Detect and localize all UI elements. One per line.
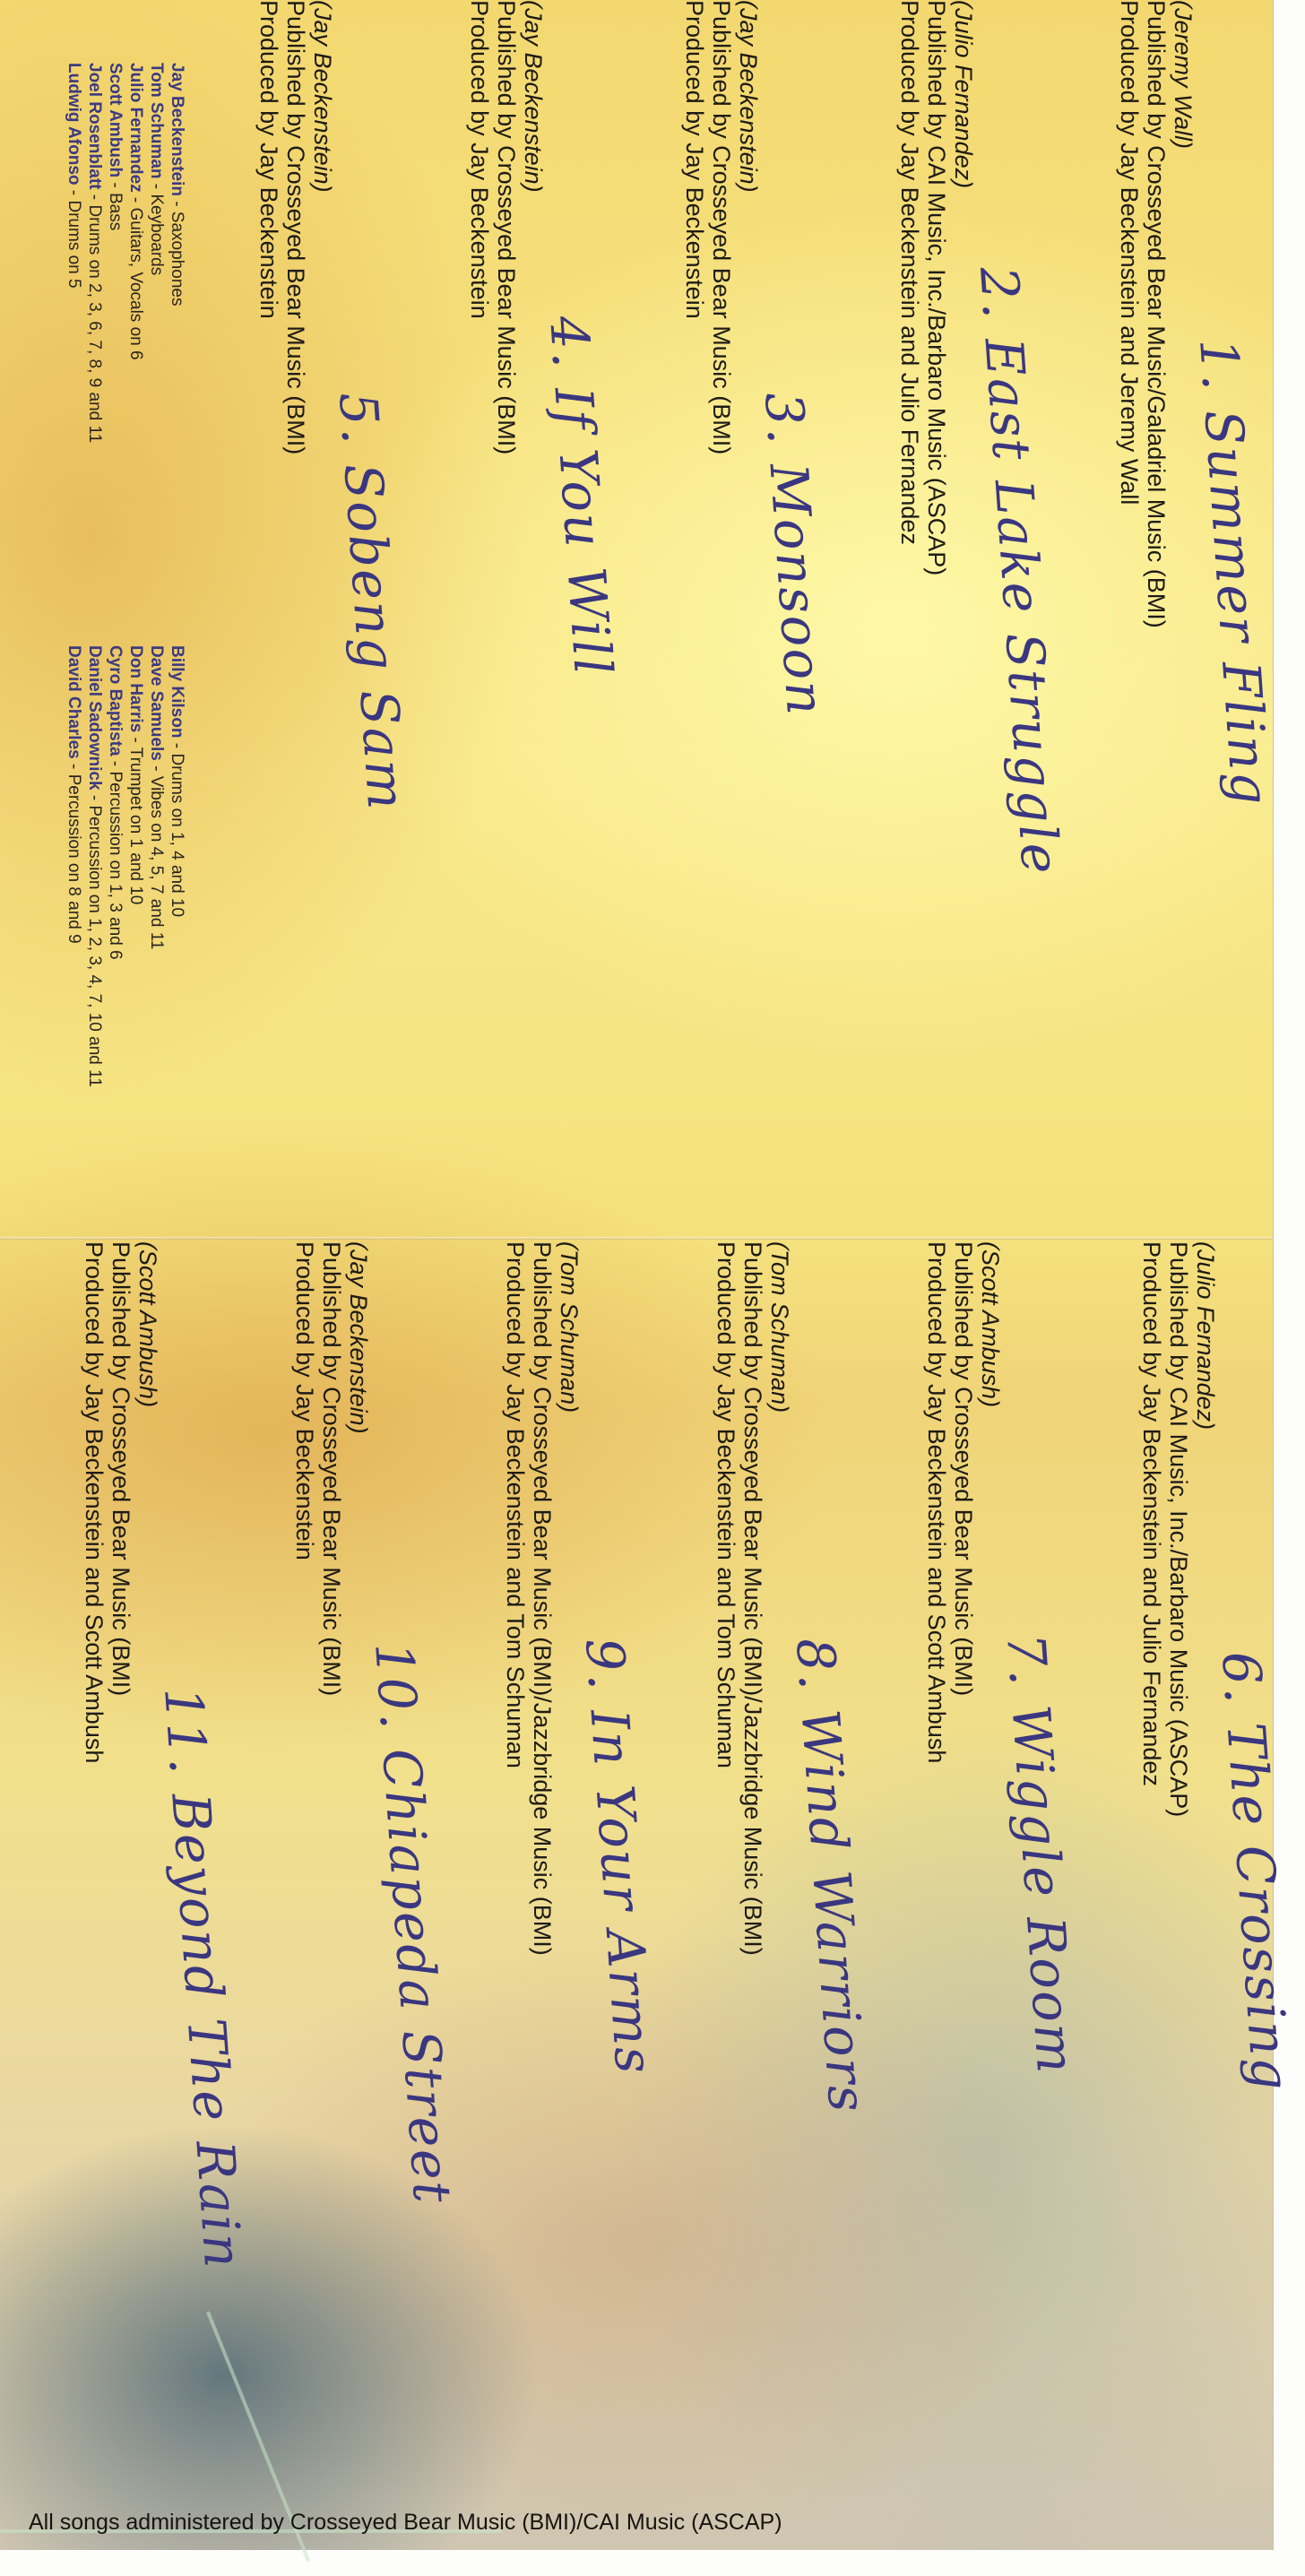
track-publisher: Published by Crosseyed Bear Music (BMI)/…: [529, 1241, 556, 1956]
track-producer: Produced by Jay Beckenstein and Julio Fe…: [896, 0, 923, 545]
track-writer: (Jay Beckenstein): [345, 1241, 372, 1434]
musician-credit: Tom Schuman - Keyboards: [146, 63, 166, 275]
track-writer: (Julio Fernandez): [950, 0, 977, 188]
track-producer: Produced by Jay Beckenstein and Tom Schu…: [713, 1241, 739, 1768]
track-number: 8.: [784, 1636, 849, 1693]
musician-credit: Billy Kilson - Drums on 1, 4 and 10: [167, 645, 186, 917]
musician-role: - Drums on 2, 3, 6, 7, 8, 9 and 11: [85, 189, 104, 443]
musician-credit: David Charles - Percussion on 8 and 9: [64, 645, 83, 944]
track-number: 3.: [753, 390, 817, 447]
track-title: Summer Fling: [1193, 408, 1282, 808]
track-publisher: Published by Crosseyed Bear Music (BMI): [708, 0, 735, 454]
musician-name: Don Harris: [126, 645, 145, 732]
track-title: If You Will: [543, 385, 624, 679]
cd-booklet-page: 1. Summer Fling(Jeremy Wall)Published by…: [0, 0, 1274, 2550]
musician-credit: Joel Rosenblatt - Drums on 2, 3, 6, 7, 8…: [84, 63, 104, 443]
musician-credit: Jay Beckenstein - Saxophones: [167, 63, 186, 306]
track-producer: Produced by Jay Beckenstein: [466, 0, 493, 319]
musician-role: - Percussion on 8 and 9: [65, 759, 83, 944]
panel-top: 1. Summer Fling(Jeremy Wall)Published by…: [0, 0, 1273, 1237]
musician-role: - Vibes on 4, 5, 7 and 11: [147, 761, 166, 950]
track-producer: Produced by Jay Beckenstein and Jeremy W…: [1116, 0, 1143, 505]
track-writer: (Tom Schuman): [766, 1241, 793, 1413]
track-writer: (Scott Ambush): [134, 1241, 161, 1407]
track-writer: (Tom Schuman): [556, 1241, 583, 1413]
track-producer: Produced by Jay Beckenstein and Scott Am…: [923, 1241, 950, 1763]
track-title-handwritten: 3. Monsoon: [753, 390, 836, 718]
musician-name: Cyro Baptista: [106, 645, 125, 756]
track-producer: Produced by Jay Beckenstein: [681, 0, 708, 319]
track-number: 6.: [1210, 1649, 1275, 1707]
track-number: 1.: [1188, 336, 1252, 393]
musician-name: Dave Samuels: [147, 645, 166, 761]
musician-name: David Charles: [65, 645, 83, 759]
footer-admin-note: All songs administered by Crosseyed Bear…: [29, 2510, 782, 2536]
fold-crease: [0, 1237, 1273, 1240]
track-title: Wind Warriors: [790, 1707, 878, 2115]
musician-name: Jay Beckenstein: [168, 63, 186, 196]
musician-credit: Dave Samuels - Vibes on 4, 5, 7 and 11: [146, 645, 166, 949]
musician-role: - Saxophones: [168, 196, 186, 307]
rotated-content-top: 1. Summer Fling(Jeremy Wall)Published by…: [0, 0, 1273, 1237]
musician-role: - Drums on 5: [65, 186, 83, 289]
track-title-handwritten: 1. Summer Fling: [1188, 336, 1281, 808]
track-writer: (Jeremy Wall): [1170, 0, 1197, 149]
musician-role: - Bass: [106, 177, 125, 230]
track-title-handwritten: 8. Wind Warriors: [784, 1636, 878, 2115]
musician-credit: Scott Ambush - Bass: [105, 63, 125, 230]
track-publisher: Published by Crosseyed Bear Music/Galadr…: [1143, 0, 1170, 628]
track-title-handwritten: 5. Sobeng Sam: [327, 390, 417, 813]
musician-role: - Percussion on 1, 3 and 6: [106, 756, 125, 960]
track-title-handwritten: 11. Beyond The Rain: [152, 1685, 254, 2271]
musician-role: - Keyboards: [147, 179, 166, 276]
musician-name: Scott Ambush: [106, 63, 125, 177]
musician-name: Tom Schuman: [147, 63, 166, 179]
musician-credits: Jay Beckenstein - SaxophonesTom Schuman …: [54, 0, 197, 1237]
track-number: 11.: [152, 1685, 220, 1777]
track-number: 2.: [968, 264, 1033, 322]
track-number: 4.: [538, 314, 602, 371]
track-writer: (Scott Ambush): [977, 1241, 1004, 1407]
musician-name: Billy Kilson: [168, 645, 186, 738]
musician-name: Ludwig Afonso: [65, 63, 83, 186]
musician-credit: Cyro Baptista - Percussion on 1, 3 and 6: [105, 645, 125, 960]
track-title: Monsoon: [758, 462, 837, 719]
musician-credit: Daniel Sadownick - Percussion on 1, 2, 3…: [84, 645, 104, 1087]
track-producer: Produced by Jay Beckenstein: [255, 0, 282, 319]
track-publisher: Published by Crosseyed Bear Music (BMI): [950, 1241, 977, 1696]
track-title-handwritten: 6. The Crossing: [1210, 1649, 1301, 2094]
track-title: Sobeng Sam: [333, 462, 418, 813]
track-publisher: Published by CAI Music, Inc./Barbaro Mus…: [1165, 1241, 1192, 1817]
track-title: Wiggle Room: [1000, 1703, 1087, 2077]
musician-role: - Drums on 1, 4 and 10: [168, 738, 186, 917]
musician-role: - Trumpet on 1 and 10: [126, 732, 145, 904]
track-title: Beyond The Rain: [160, 1792, 254, 2271]
musician-credit: Ludwig Afonso - Drums on 5: [64, 63, 83, 289]
track-number: 7.: [995, 1631, 1059, 1689]
track-producer: Produced by Jay Beckenstein and Julio Fe…: [1138, 1241, 1165, 1786]
track-number: 10.: [363, 1640, 430, 1733]
musician-role: - Percussion on 1, 2, 3, 4, 7, 10 and 11: [85, 791, 104, 1087]
track-writer: (Jay Beckenstein): [735, 0, 762, 193]
musician-role: - Guitars, Vocals on 6: [126, 193, 145, 360]
musician-name: Daniel Sadownick: [85, 645, 104, 791]
track-title-handwritten: 10. Chiapeda Street: [363, 1640, 463, 2206]
track-writer: (Jay Beckenstein): [520, 0, 547, 193]
track-producer: Produced by Jay Beckenstein and Tom Schu…: [502, 1241, 529, 1768]
track-publisher: Published by Crosseyed Bear Music (BMI): [318, 1241, 345, 1696]
musician-name: Julio Fernandez: [126, 63, 145, 193]
track-title-handwritten: 2. East Lake Struggle: [968, 264, 1071, 877]
track-title-handwritten: 4. If You Will: [538, 314, 624, 679]
panel-bottom: 6. The Crossing(Julio Fernandez)Publishe…: [0, 1241, 1273, 2532]
track-title-handwritten: 9. In Your Arms: [574, 1636, 665, 2077]
track-title: Chiapeda Street: [370, 1747, 462, 2207]
track-title-handwritten: 7. Wiggle Room: [995, 1631, 1086, 2077]
track-producer: Produced by Jay Beckenstein and Scott Am…: [81, 1241, 108, 1763]
musician-credit: Julio Fernandez - Guitars, Vocals on 6: [125, 63, 145, 360]
track-writer: (Jay Beckenstein): [309, 0, 336, 193]
rotated-content-bottom: 6. The Crossing(Julio Fernandez)Publishe…: [0, 1241, 1273, 2532]
track-publisher: Published by CAI Music, Inc./Barbaro Mus…: [923, 0, 950, 575]
track-writer: (Julio Fernandez): [1192, 1241, 1219, 1430]
track-producer: Produced by Jay Beckenstein: [291, 1241, 318, 1560]
track-title: The Crossing: [1215, 1721, 1302, 2094]
track-publisher: Published by Crosseyed Bear Music (BMI)/…: [739, 1241, 766, 1956]
musician-name: Joel Rosenblatt: [85, 63, 104, 189]
track-number: 5.: [327, 390, 392, 447]
musician-credit: Don Harris - Trumpet on 1 and 10: [125, 645, 145, 904]
track-publisher: Published by Crosseyed Bear Music (BMI): [282, 0, 309, 454]
track-number: 9.: [574, 1636, 638, 1693]
track-publisher: Published by Crosseyed Bear Music (BMI): [493, 0, 520, 454]
track-title: In Your Arms: [579, 1707, 665, 2078]
track-publisher: Published by Crosseyed Bear Music (BMI): [108, 1241, 134, 1696]
track-title: East Lake Struggle: [973, 336, 1072, 877]
